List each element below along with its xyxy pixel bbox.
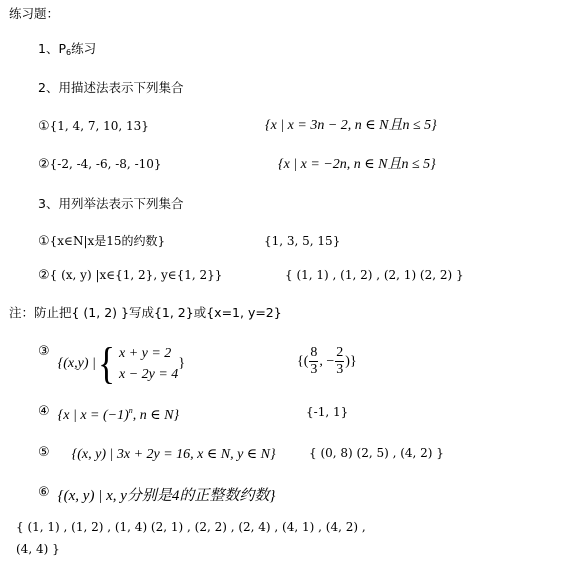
item-2-q2: ②{-2, -4, -6, -8, -10} <box>38 156 162 173</box>
q3-set-prefix: {(x,y) | <box>58 356 96 372</box>
circled-number-2: ② <box>38 157 50 172</box>
item-1-prefix: 1、P <box>38 41 66 56</box>
circled-number-3: ③ <box>38 344 50 360</box>
item-2-q1: ①{1, 4, 7, 10, 13} <box>38 118 149 135</box>
exercise-title: 练习题： <box>9 6 59 22</box>
item-2-heading: 2、用描述法表示下列集合 <box>38 80 183 96</box>
left-brace-icon: { <box>98 344 115 384</box>
circled-number-1: ① <box>38 119 50 134</box>
q5-answer: { (0, 8) (2, 5) , (4, 2) } <box>309 445 444 461</box>
item-2-q1-answer: {x | x = 3n − 2, n ∈ N且n ≤ 5} <box>265 118 437 134</box>
item-3-q2: ②{ (x, y) |x∈{1, 2}, y∈{1, 2}} <box>38 267 222 284</box>
q3: ③ {(x,y) | { x + y = 2 x − 2y = 4 } <box>38 340 185 388</box>
circled-number-2: ② <box>38 268 50 283</box>
q4: ④{x | x = (−1)n, n ∈ N} <box>38 403 179 424</box>
q3-answer: {( 83 , − 23 )} <box>297 345 357 378</box>
item-2-q2-answer: {x | x = −2n, n ∈ N且n ≤ 5} <box>278 157 436 173</box>
q5: ⑤{(x, y) | 3x + 2y = 16, x ∈ N, y ∈ N} <box>38 445 276 463</box>
circled-number-5: ⑤ <box>38 445 50 460</box>
circled-number-1: ① <box>38 234 50 249</box>
item-3-q1-answer: {1, 3, 5, 15} <box>264 233 340 249</box>
q6-answer-line-1: { (1, 1) , (1, 2) , (1, 4) (2, 1) , (2, … <box>16 519 366 535</box>
item-3-q2-set: { (x, y) |x∈{1, 2}, y∈{1, 2}} <box>50 268 223 282</box>
q6: ⑥{(x, y) | x, y分别是4的正整数约数} <box>38 485 275 504</box>
equation-1: x + y = 2 <box>119 343 178 364</box>
note: 注：防止把{ (1, 2) }写成{1, 2}或{x=1, y=2} <box>9 305 282 321</box>
circled-number-4: ④ <box>38 404 50 419</box>
item-3-q1: ①{x∈N|x是15的约数} <box>38 233 165 250</box>
equation-system: { x + y = 2 x − 2y = 4 <box>96 343 178 385</box>
item-1: 1、P6练习 <box>38 41 96 61</box>
item-2-q2-set: {-2, -4, -6, -8, -10} <box>50 157 162 171</box>
item-3-q2-answer: { (1, 1) , (1, 2) , (2, 1) (2, 2) } <box>285 267 464 283</box>
q4-answer: {-1, 1} <box>306 404 348 420</box>
q3-set-suffix: } <box>178 356 185 372</box>
item-1-text: 练习 <box>71 41 96 56</box>
item-2-q1-set: {1, 4, 7, 10, 13} <box>50 119 149 133</box>
fraction-2-3: 23 <box>335 345 344 378</box>
equation-2: x − 2y = 4 <box>119 364 178 385</box>
circled-number-6: ⑥ <box>38 485 50 500</box>
fraction-8-3: 83 <box>309 345 318 378</box>
item-3-heading: 3、用列举法表示下列集合 <box>38 196 183 212</box>
q6-answer-line-2: (4, 4) } <box>16 541 60 557</box>
item-3-q1-set: {x∈N|x是15的约数} <box>50 234 166 248</box>
